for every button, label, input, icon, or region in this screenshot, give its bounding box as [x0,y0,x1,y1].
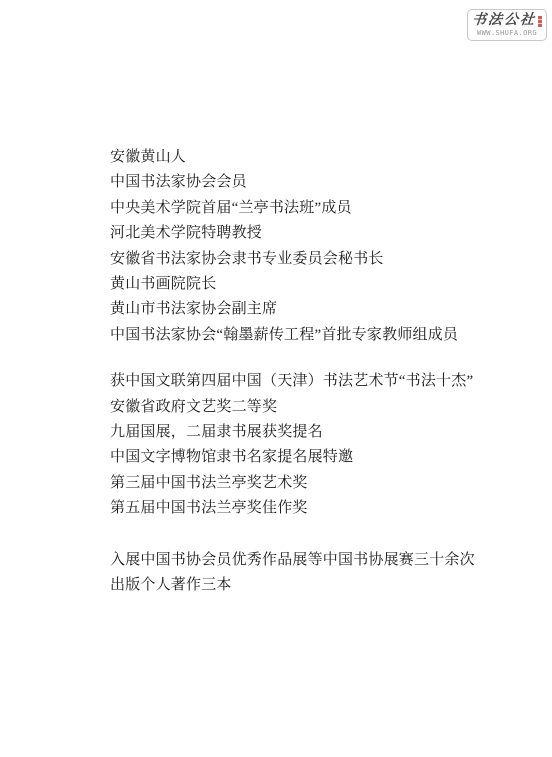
bio-line: 安徽黄山人 [110,145,532,170]
bio-line: 第三届中国书法兰亭奖艺术奖 [110,471,532,496]
bio-line: 中国书法家协会“翰墨薪传工程”首批专家教师组成员 [110,323,532,348]
red-seal-icon [538,16,542,27]
logo-wordmark-row: 书法公社 [472,14,542,28]
bio-line: 九届国展，二届隶书展获奖提名 [110,420,532,445]
document-page: 书法公社 WWW.SHUFA.ORG 安徽黄山人 中国书法家协会会员 中央美术学… [0,0,552,757]
bio-line: 获中国文联第四届中国（天津）书法艺术节“书法十杰” [110,369,532,394]
bio-content: 安徽黄山人 中国书法家协会会员 中央美术学院首届“兰亭书法班”成员 河北美术学院… [110,145,532,599]
bio-line: 河北美术学院特聘教授 [110,221,532,246]
bio-line: 出版个人著作三本 [110,573,532,598]
bio-line: 安徽省政府文艺奖二等奖 [110,395,532,420]
bio-line: 入展中国书协会员优秀作品展等中国书协展赛三十余次 [110,548,532,573]
bio-line: 黄山书画院院长 [110,272,532,297]
bio-line: 中国书法家协会会员 [110,170,532,195]
logo-calligraphy-wordmark: 书法公社 [471,14,536,28]
bio-line: 中央美术学院首届“兰亭书法班”成员 [110,196,532,221]
shufa-watermark-logo: 书法公社 WWW.SHUFA.ORG [467,9,547,41]
bio-section-awards: 获中国文联第四届中国（天津）书法艺术节“书法十杰” 安徽省政府文艺奖二等奖 九届… [110,369,532,521]
bio-line: 第五届中国书法兰亭奖佳作奖 [110,496,532,521]
bio-section-titles: 安徽黄山人 中国书法家协会会员 中央美术学院首届“兰亭书法班”成员 河北美术学院… [110,145,532,348]
bio-line: 中国文字博物馆隶书名家提名展特邀 [110,445,532,470]
logo-site-url: WWW.SHUFA.ORG [477,30,537,37]
bio-line: 安徽省书法家协会隶书专业委员会秘书长 [110,247,532,272]
bio-section-exhibitions: 入展中国书协会员优秀作品展等中国书协展赛三十余次 出版个人著作三本 [110,548,532,599]
bio-line: 黄山市书法家协会副主席 [110,297,532,322]
